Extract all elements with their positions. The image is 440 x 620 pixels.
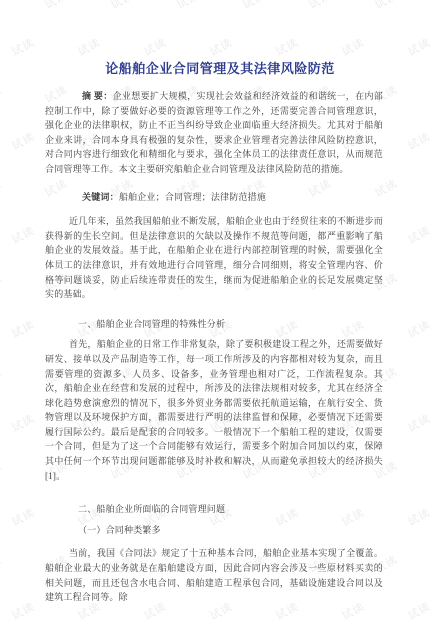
keywords-label: 关键词：	[82, 192, 119, 202]
watermark-text: 试读	[9, 410, 38, 435]
watermark-text: 试读	[0, 363, 4, 388]
section1-paragraph: 首先，船舶企业的日常工作非常复杂，除了要积极建设工程之外，还需要做好研发、接单以…	[45, 337, 383, 483]
abstract-paragraph: 摘 要：企业想要扩大规模，实现社会效益和经济效益的和谐统一，在内部控制工作中，除…	[45, 89, 383, 177]
watermark-text: 试读	[405, 222, 434, 247]
document-page: 试读试读试读试读试读试读试读试读试读试读试读试读试读试读试读试读试读试读试读试读…	[0, 0, 440, 620]
watermark-text: 试读	[0, 0, 4, 13]
section2-paragraph: 当前，我国《合同法》规定了十五种基本合同，船舶企业基本实现了全覆盖。船舶企业最大…	[45, 546, 383, 604]
abstract-text: 企业想要扩大规模，实现社会效益和经济效益的和谐统一，在内部控制工作中，除了要做好…	[45, 91, 383, 174]
abstract-label: 摘 要：	[82, 91, 113, 101]
watermark-text: 试读	[9, 128, 38, 153]
watermark-text: 试读	[9, 316, 38, 341]
watermark-text: 试读	[0, 269, 4, 294]
watermark-text: 试读	[405, 598, 434, 620]
watermark-text: 试读	[9, 504, 38, 529]
intro-paragraph: 近几年来，虽然我国船舶业不断发展，船舶企业也由于经贸往来的不断进步而获得新的生长…	[45, 214, 383, 302]
keywords-line: 关键词：船舶企业；合同管理；法律防范措施	[45, 190, 383, 205]
watermark-text: 试读	[405, 128, 434, 153]
section1-heading: 一、船舶企业合同管理的特殊性分析	[45, 317, 383, 332]
section2-heading: 二、船舶企业所面临的合同管理问题	[45, 502, 383, 517]
watermark-text: 试读	[0, 81, 4, 106]
watermark-text: 试读	[0, 457, 4, 482]
page-title: 论船舶企业合同管理及其法律风险防范	[0, 58, 440, 77]
watermark-text: 试读	[405, 410, 434, 435]
watermark-text: 试读	[9, 598, 38, 620]
section2-sub-heading: （一）合同种类繁多	[45, 523, 383, 538]
keywords-text: 船舶企业；合同管理；法律防范措施	[119, 192, 266, 202]
document-content: 论船舶企业合同管理及其法律风险防范 摘 要：企业想要扩大规模，实现社会效益和经济…	[45, 0, 383, 605]
watermark-text: 试读	[0, 551, 4, 576]
watermark-text: 试读	[405, 504, 434, 529]
watermark-text: 试读	[405, 34, 434, 59]
watermark-text: 试读	[405, 316, 434, 341]
watermark-text: 试读	[9, 222, 38, 247]
watermark-text: 试读	[0, 175, 4, 200]
watermark-text: 试读	[9, 34, 38, 59]
